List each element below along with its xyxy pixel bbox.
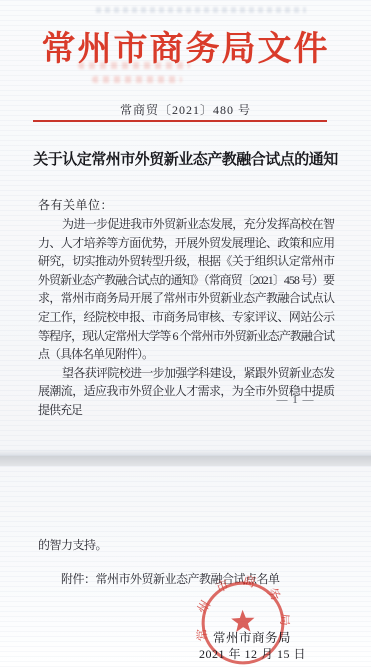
body-paragraph-2: 望各获评院校进一步加强学科建设，紧跟外贸新业态发展潮流，适应我市外贸企业人才需求… [38,364,334,420]
notice-title: 关于认定常州市外贸新业态产教融合试点的通知 [18,148,353,169]
salutation-line: 各有关单位： [38,196,113,213]
body-paragraph-2-continuation: 的智力支持。 [38,536,107,553]
document-number: 常商贸〔2021〕480 号 [0,101,371,118]
issue-date: 2021 年 12 月 15 日 [199,645,306,662]
body-paragraph-1: 为进一步促进我市外贸新业态发展，充分发挥高校在智力、人才培养等方面优势，开展外贸… [38,215,334,364]
document-page-1: 常州市商务局文件 常商贸〔2021〕480 号 关于认定常州市外贸新业态产教融合… [0,0,371,456]
scanned-document-view: 常州市商务局文件 常商贸〔2021〕480 号 关于认定常州市外贸新业态产教融合… [0,0,371,667]
issuing-agency-signature: 常州市商务局 [213,628,291,646]
document-page-2: 的智力支持。 附件：常州市外贸新业态产教融合试点名单 常州市商务局 常州市商务局… [0,466,371,667]
notice-body: 为进一步促进我市外贸新业态发展，充分发挥高校在智力、人才培养等方面优势，开展外贸… [38,215,334,420]
page-number: — 1 — [238,394,353,406]
red-divider-rule [33,120,327,122]
agency-masthead: 常州市商务局文件 [0,21,371,70]
bleed-through-artifact [96,7,306,13]
page-separator [0,456,371,466]
